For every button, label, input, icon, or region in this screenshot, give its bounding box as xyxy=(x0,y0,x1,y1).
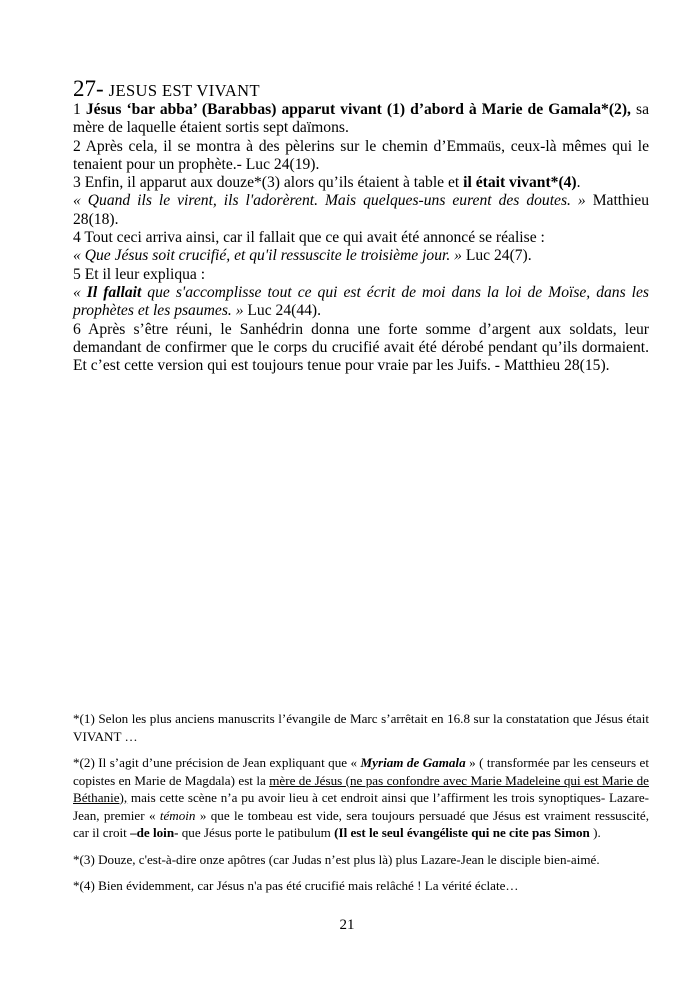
text-run: que Jésus porte le patibulum xyxy=(178,825,334,840)
paragraph: 1 Jésus ‘bar abba’ (Barabbas) apparut vi… xyxy=(73,101,649,138)
paragraph: 2 Après cela, il se montra à des pèlerin… xyxy=(73,138,649,175)
text-run: ). xyxy=(590,825,601,840)
chapter-heading: JESUS EST VIVANT xyxy=(109,81,260,100)
paragraph: *(1) Selon les plus anciens manuscrits l… xyxy=(73,710,649,745)
text-run: 6 Après s’être réuni, le Sanhédrin donna… xyxy=(73,321,649,375)
text-run: Il fallait xyxy=(87,284,142,301)
paragraph: « Quand ils le virent, ils l'adorèrent. … xyxy=(73,192,649,229)
text-run: « Quand ils le virent, ils l'adorèrent. … xyxy=(73,192,586,209)
paragraph: 6 Après s’être réuni, le Sanhédrin donna… xyxy=(73,321,649,376)
text-run: 5 Et il leur expliqua : xyxy=(73,266,205,283)
text-run: *(4) Bien évidemment, car Jésus n'a pas … xyxy=(73,878,519,893)
page-number: 21 xyxy=(0,917,694,934)
text-run: –de loin- xyxy=(130,825,178,840)
text-run: que s'accomplisse tout ce qui est écrit … xyxy=(73,284,649,319)
document-page: 27-JESUS EST VIVANT 1 Jésus ‘bar abba’ (… xyxy=(0,0,694,982)
body-text: 1 Jésus ‘bar abba’ (Barabbas) apparut vi… xyxy=(73,101,649,375)
text-run: *(1) Selon les plus anciens manuscrits l… xyxy=(73,711,649,744)
text-run: « Que Jésus soit crucifié, et qu'il ress… xyxy=(73,247,462,264)
text-run: témoin xyxy=(160,808,196,823)
text-run: il était vivant*(4) xyxy=(463,174,576,191)
text-run: Luc 24(44). xyxy=(244,302,322,319)
footnotes-section: *(1) Selon les plus anciens manuscrits l… xyxy=(73,710,649,904)
text-run: 4 Tout ceci arriva ainsi, car il fallait… xyxy=(73,229,545,246)
text-run: Jésus ‘bar abba’ (Barabbas) apparut viva… xyxy=(86,101,631,118)
text-run: *(2) Il s’agit d’une précision de Jean e… xyxy=(73,755,361,770)
paragraph: 5 Et il leur expliqua : xyxy=(73,266,649,284)
text-run: Luc 24(7). xyxy=(462,247,532,264)
text-run: (Il est le seul évangéliste qui ne cite … xyxy=(334,825,590,840)
text-run: « xyxy=(73,284,87,301)
text-run: 3 Enfin, il apparut aux douze*(3) alors … xyxy=(73,174,463,191)
paragraph: *(3) Douze, c'est-à-dire onze apôtres (c… xyxy=(73,851,649,869)
paragraph: *(2) Il s’agit d’une précision de Jean e… xyxy=(73,754,649,842)
chapter-title: 27-JESUS EST VIVANT xyxy=(73,77,260,101)
text-run: *(3) Douze, c'est-à-dire onze apôtres (c… xyxy=(73,852,600,867)
text-run: 1 xyxy=(73,101,86,118)
paragraph: *(4) Bien évidemment, car Jésus n'a pas … xyxy=(73,877,649,895)
paragraph: « Il fallait que s'accomplisse tout ce q… xyxy=(73,284,649,321)
text-run: 2 Après cela, il se montra à des pèlerin… xyxy=(73,138,649,173)
text-run: Myriam de Gamala xyxy=(361,755,466,770)
text-run: . xyxy=(577,174,581,191)
paragraph: 3 Enfin, il apparut aux douze*(3) alors … xyxy=(73,174,649,192)
paragraph: « Que Jésus soit crucifié, et qu'il ress… xyxy=(73,247,649,265)
chapter-number: 27- xyxy=(73,76,104,101)
paragraph: 4 Tout ceci arriva ainsi, car il fallait… xyxy=(73,229,649,247)
